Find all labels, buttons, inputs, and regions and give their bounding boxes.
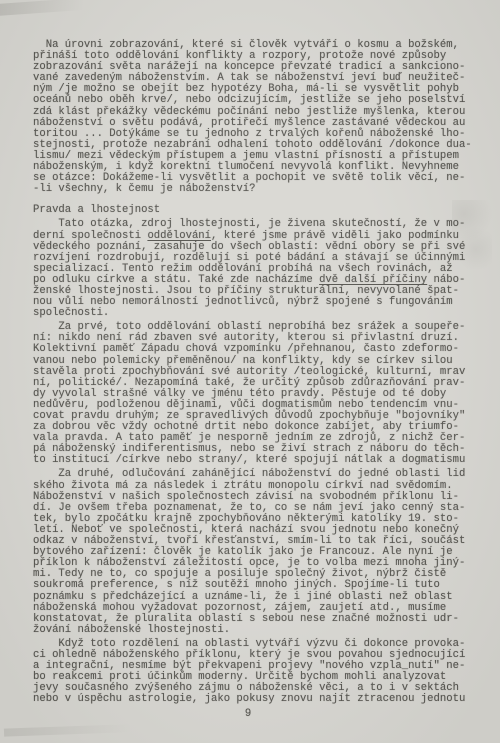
paragraph: Tato otázka, zdroj lhostejnosti, je žive… bbox=[33, 219, 485, 319]
text-line: to institucí /církve nebo strany/, které… bbox=[33, 455, 485, 466]
paragraph: Na úrovni zobrazování, které si člověk v… bbox=[33, 40, 485, 195]
text-line: společnosti. bbox=[33, 308, 485, 319]
text-line: žování náboženské lhostejnosti. bbox=[33, 625, 485, 636]
text-line: Pravda a lhostejnost bbox=[33, 205, 485, 216]
page-number: 9 bbox=[33, 708, 463, 720]
text-line: -li všechny, k čemu je náboženství? bbox=[33, 184, 485, 195]
scan-smudge bbox=[0, 0, 114, 16]
scan-smudge bbox=[4, 723, 154, 736]
section-heading: Pravda a lhostejnost bbox=[33, 205, 485, 216]
page-text: Na úrovni zobrazování, které si člověk v… bbox=[33, 40, 485, 705]
paragraph: Za druhé, odlučování zahánějící nábožens… bbox=[33, 469, 485, 635]
text-line: nebo v úspěchu astrologie, jako pokusy z… bbox=[33, 694, 485, 705]
paragraph: Když toto rozdělení na oblasti vytváří v… bbox=[33, 639, 485, 706]
paragraph: Za prvé, toto oddělování oblastí neprobí… bbox=[33, 322, 485, 466]
